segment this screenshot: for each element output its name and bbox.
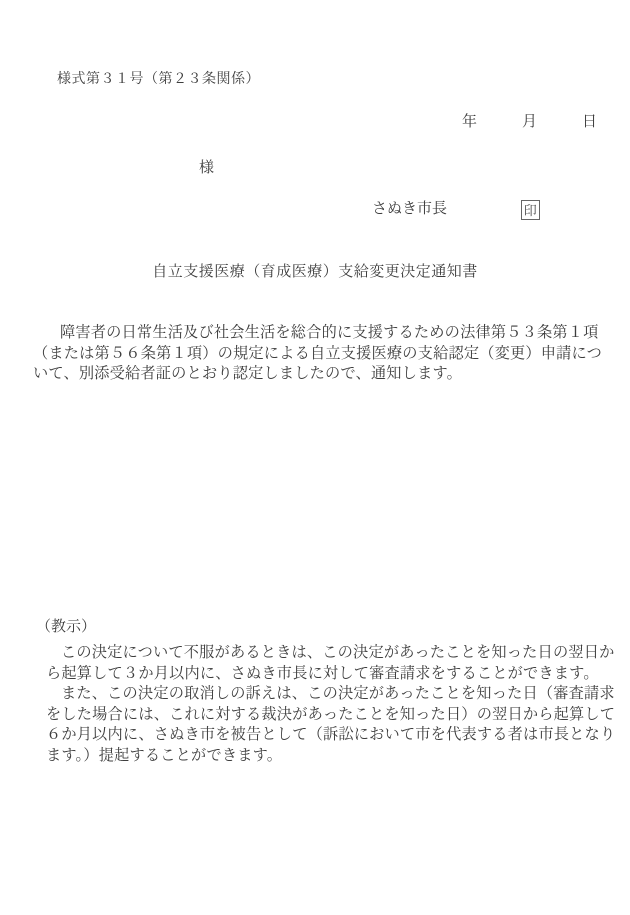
body-line: （または第５６条第１項）の規定による自立支援医療の支給認定（変更）申請につ [33,344,608,365]
body-line: 障害者の日常生活及び社会生活を総合的に支援するための法律第５３条第１項 [33,323,608,344]
form-number: 様式第３１号（第２３条関係） [57,68,260,88]
addressee-honorific: 様 [199,156,214,177]
issuer-row: さぬき市長 印 [372,197,540,220]
notice-line: ます。）提起することができます。 [46,746,606,767]
notice-section: この決定について不服があるときは、この決定があったことを知った日の翌日か ら起算… [46,643,606,767]
issuer-name: さぬき市長 [372,201,447,217]
seal-box: 印 [521,200,540,220]
notice-line: この決定について不服があるときは、この決定があったことを知った日の翌日か [46,643,606,664]
body-line: いて、別添受給者証のとおり認定しましたので、通知します。 [33,364,608,385]
body-paragraph: 障害者の日常生活及び社会生活を総合的に支援するための法律第５３条第１項 （または… [33,323,608,385]
notice-line: ６か月以内に、さぬき市を被告として（訴訟において市を代表する者は市長となり [46,725,606,746]
notice-line: をした場合には、これに対する裁決があったことを知った日）の翌日から起算して [46,705,606,726]
notice-line: また、この決定の取消しの訴えは、この決定があったことを知った日（審査請求 [46,684,606,705]
notice-line: ら起算して３か月以内に、さぬき市長に対して審査請求をすることができます。 [46,664,606,685]
notice-heading: （教示） [36,615,96,636]
document-title: 自立支援医療（育成医療）支給変更決定通知書 [0,260,630,281]
document-page: 様式第３１号（第２３条関係） 年 月 日 様 さぬき市長 印 自立支援医療（育成… [0,0,630,915]
date-line: 年 月 日 [462,110,597,131]
